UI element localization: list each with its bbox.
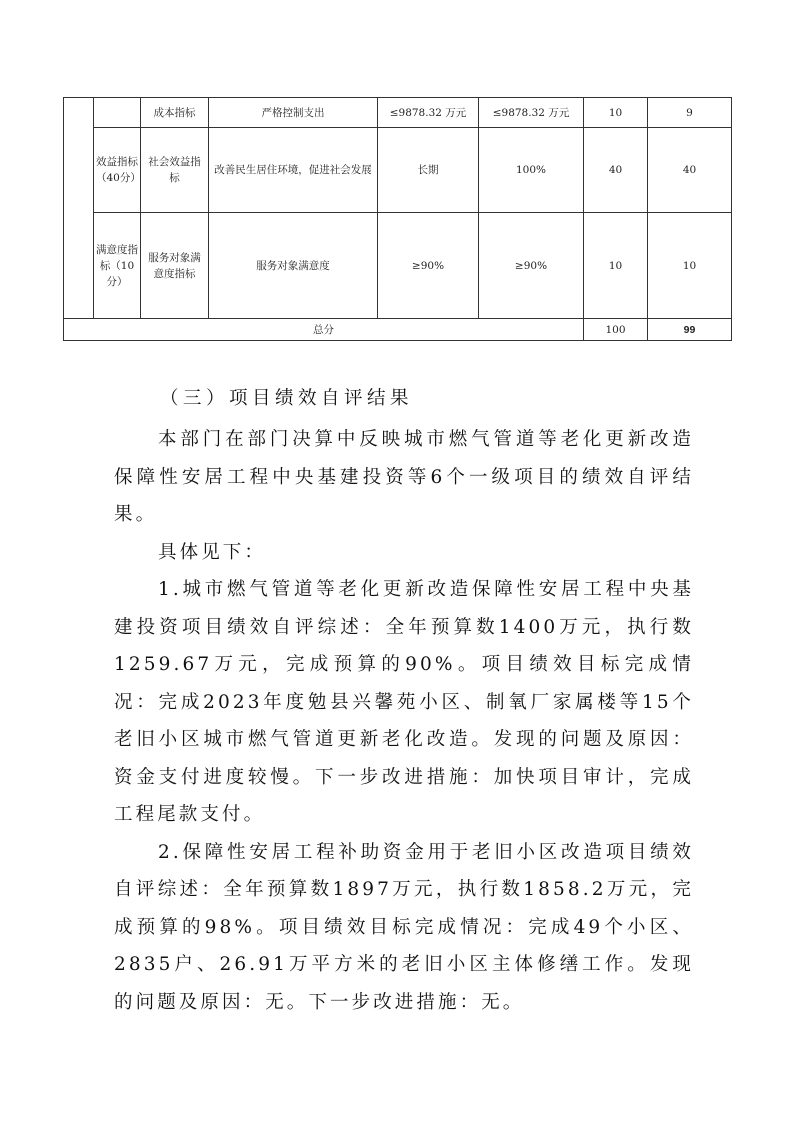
project-2-paragraph: 2.保障性安居工程补助资金用于老旧小区改造项目绩效自评综述：全年预算数1897万… xyxy=(114,834,694,1022)
indicator-cell: 改善民生居住环境，促进社会发展 xyxy=(209,128,378,213)
level3-cell: 社会效益指标 xyxy=(141,128,209,213)
level1-cell xyxy=(64,98,94,319)
level3-cell: 服务对象满意度指标 xyxy=(141,213,209,319)
performance-indicator-table: 成本指标 严格控制支出 ≤9878.32 万元 ≤9878.32 万元 10 9… xyxy=(63,97,732,341)
score-cell: 9 xyxy=(648,98,732,128)
total-row: 总分 100 99 xyxy=(64,319,732,341)
level2-cell xyxy=(94,98,141,128)
indicator-cell: 服务对象满意度 xyxy=(209,213,378,319)
total-score: 99 xyxy=(648,319,732,341)
section-body: 本部门在部门决算中反映城市燃气管道等老化更新改造保障性安居工程中央基建投资等6个… xyxy=(114,421,694,1021)
indicator-cell: 严格控制支出 xyxy=(209,98,378,128)
detail-lead-paragraph: 具体见下： xyxy=(114,534,694,572)
table-row: 效益指标（40分） 社会效益指标 改善民生居住环境，促进社会发展 长期 100%… xyxy=(64,128,732,213)
actual-cell: 100% xyxy=(479,128,584,213)
table-row: 成本指标 严格控制支出 ≤9878.32 万元 ≤9878.32 万元 10 9 xyxy=(64,98,732,128)
project-1-paragraph: 1.城市燃气管道等老化更新改造保障性安居工程中央基建投资项目绩效自评综述：全年预… xyxy=(114,571,694,834)
target-cell: ≤9878.32 万元 xyxy=(378,98,479,128)
level3-cell: 成本指标 xyxy=(141,98,209,128)
total-weight: 100 xyxy=(584,319,648,341)
weight-cell: 10 xyxy=(584,98,648,128)
weight-cell: 40 xyxy=(584,128,648,213)
level2-cell: 满意度指标（10分） xyxy=(94,213,141,319)
weight-cell: 10 xyxy=(584,213,648,319)
section-heading: （三）项目绩效自评结果 xyxy=(160,384,413,410)
total-label: 总分 xyxy=(64,319,584,341)
intro-paragraph: 本部门在部门决算中反映城市燃气管道等老化更新改造保障性安居工程中央基建投资等6个… xyxy=(114,421,694,534)
actual-cell: ≥90% xyxy=(479,213,584,319)
target-cell: ≥90% xyxy=(378,213,479,319)
actual-cell: ≤9878.32 万元 xyxy=(479,98,584,128)
level2-cell: 效益指标（40分） xyxy=(94,128,141,213)
score-cell: 10 xyxy=(648,213,732,319)
table-row: 满意度指标（10分） 服务对象满意度指标 服务对象满意度 ≥90% ≥90% 1… xyxy=(64,213,732,319)
score-cell: 40 xyxy=(648,128,732,213)
target-cell: 长期 xyxy=(378,128,479,213)
